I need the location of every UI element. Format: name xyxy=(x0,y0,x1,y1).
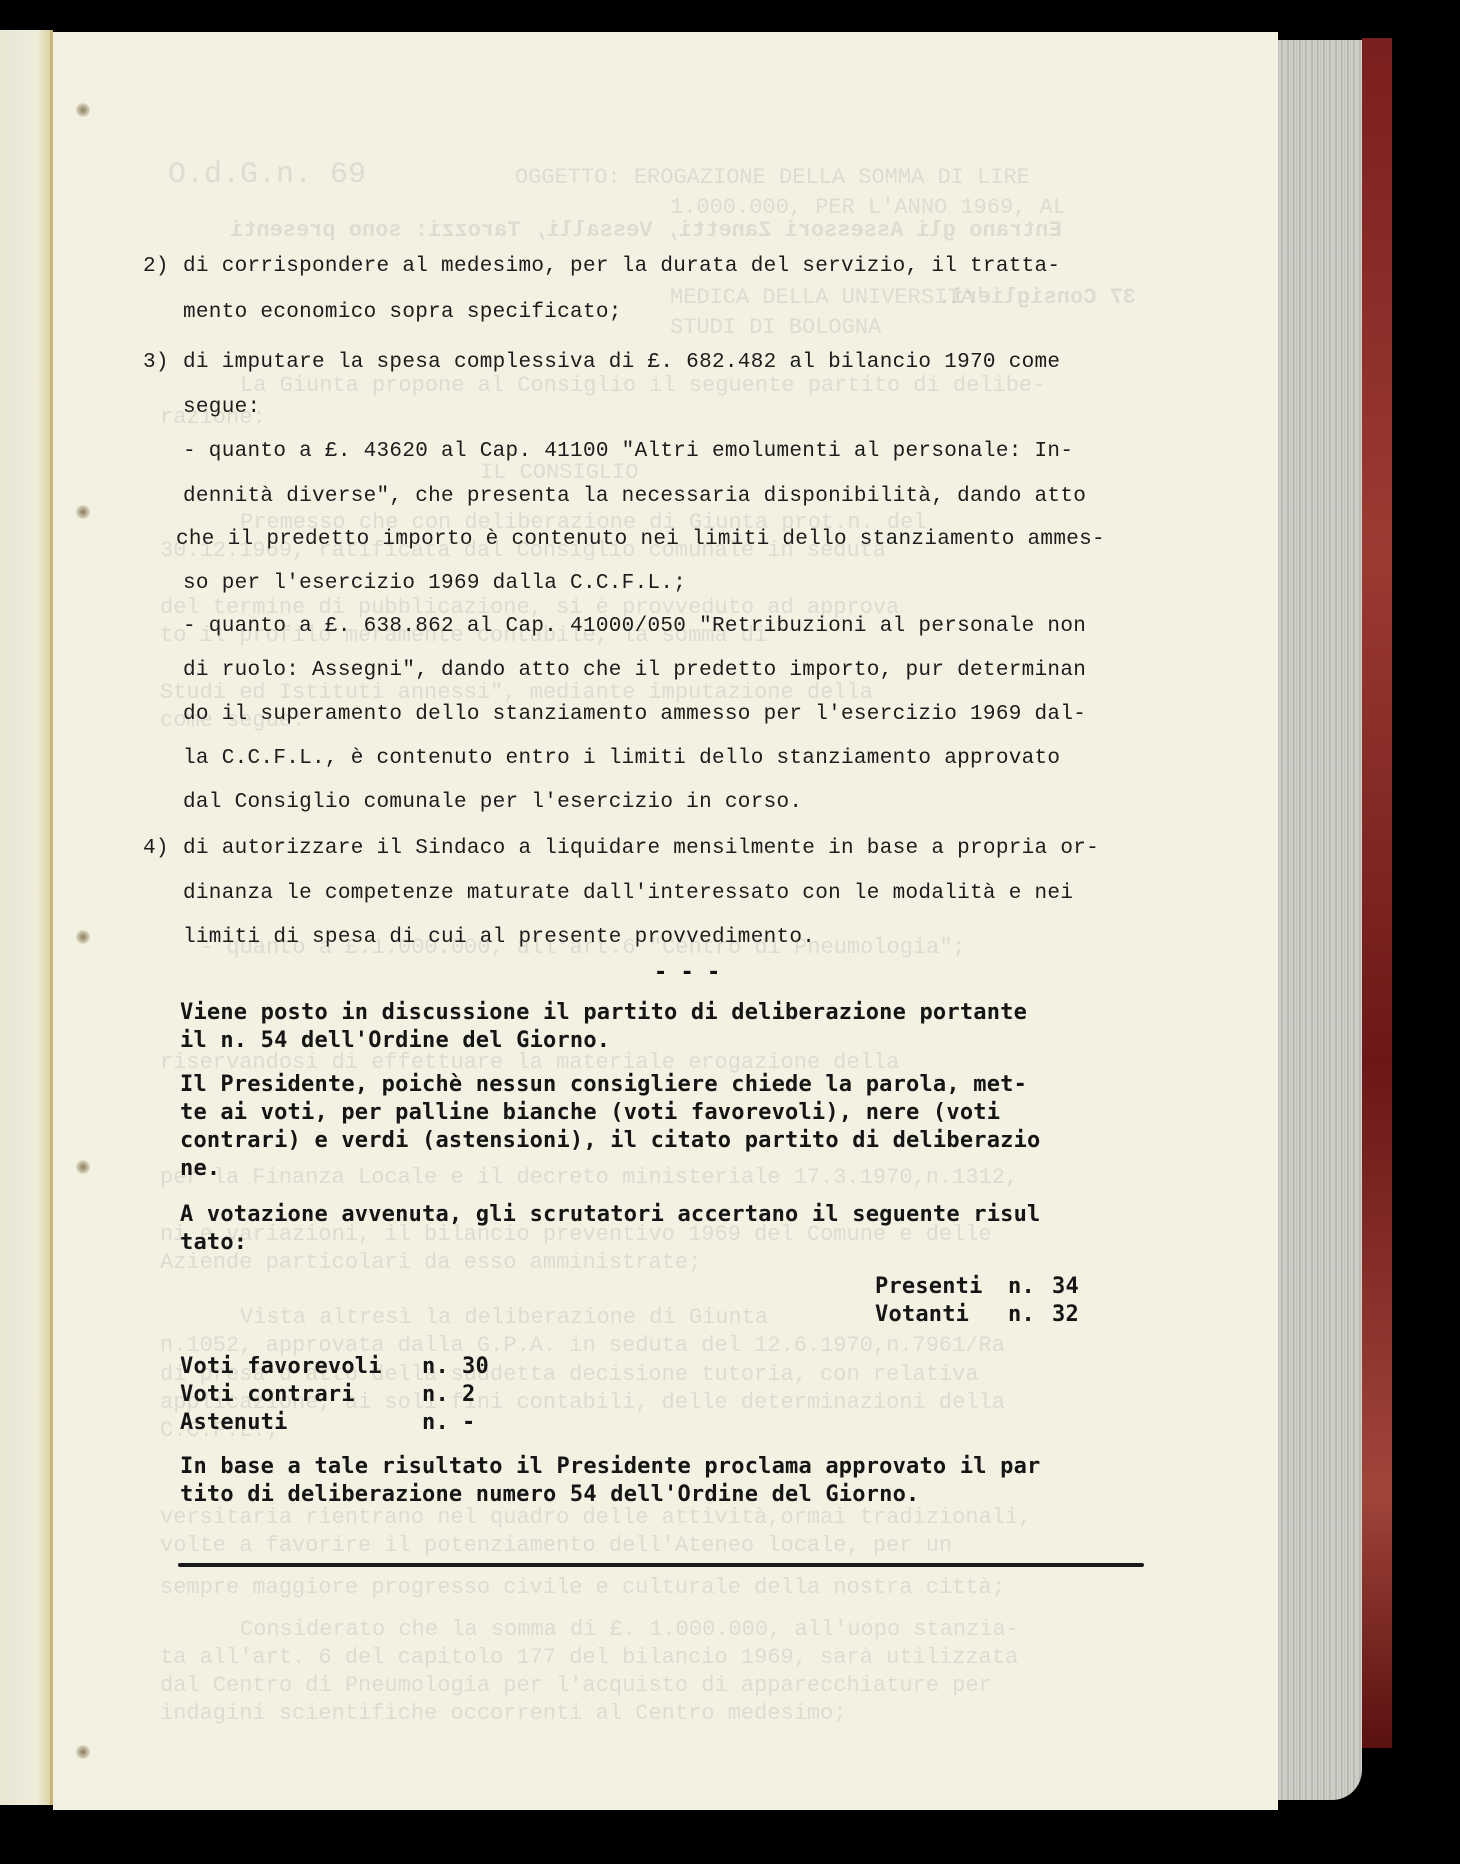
closing-rule xyxy=(178,1563,1144,1567)
ghost-header-left: O.d.G.n. 69 xyxy=(168,158,366,192)
ghost-line: sempre maggiore progresso civile e cultu… xyxy=(160,1575,1005,1600)
presence-value: 32 xyxy=(1052,1302,1079,1327)
item-line: dal Consiglio comunale per l'esercizio i… xyxy=(183,791,802,814)
president-line: Il Presidente, poichè nessun consigliere… xyxy=(180,1072,1027,1097)
ghost-header-right: STUDI DI BOLOGNA xyxy=(670,315,881,340)
result-value: - xyxy=(462,1410,475,1435)
item-line: dennità diverse", che presenta la necess… xyxy=(183,485,1086,508)
item-line: - quanto a £. 638.862 al Cap. 41000/050 … xyxy=(183,615,1086,638)
item-line: so per l'esercizio 1969 dalla C.C.F.L.; xyxy=(183,572,686,595)
result-label: Astenuti xyxy=(180,1410,288,1435)
item-line: do il superamento dello stanziamento amm… xyxy=(183,703,1086,726)
binding-hole xyxy=(75,1745,91,1759)
ghost-line: volte a favorire il potenziamento dell'A… xyxy=(160,1533,952,1558)
president-line: te ai voti, per palline bianche (voti fa… xyxy=(180,1100,1000,1125)
ghost-header-right: OGGETTO: EROGAZIONE DELLA SOMMA DI LIRE xyxy=(515,165,1030,190)
item-line: mento economico sopra specificato; xyxy=(183,301,622,324)
binding-hole xyxy=(75,930,91,944)
ghost-line: per la Finanza Locale e il decreto minis… xyxy=(160,1165,1018,1190)
binding-hole xyxy=(75,1160,91,1174)
presence-abbr: n. xyxy=(1008,1274,1035,1299)
discussion-line: il n. 54 dell'Ordine del Giorno. xyxy=(180,1028,610,1053)
item-line: di imputare la spesa complessiva di £. 6… xyxy=(183,351,1060,374)
ghost-line: Studi ed Istituti annessi", mediante imp… xyxy=(160,680,873,705)
ghost-header-right: 1.000.000, PER L'ANNO 1969, AL xyxy=(670,195,1066,220)
marbled-book-cover xyxy=(1362,38,1392,1748)
ghost-line: IL CONSIGLIO xyxy=(480,460,638,485)
ghost-line: dal Centro di Pneumologia per l'acquisto… xyxy=(160,1673,992,1698)
discussion-line: Viene posto in discussione il partito di… xyxy=(180,1000,1027,1025)
ghost-line: Vista altresì la deliberazione di Giunta xyxy=(240,1305,768,1330)
ghost-line: versitaria rientrano nel quadro delle at… xyxy=(160,1505,1031,1530)
item-line: che il predetto importo è contenuto nei … xyxy=(176,528,1105,551)
item-number: 4) xyxy=(143,837,169,860)
vote-intro-line: A votazione avvenuta, gli scrutatori acc… xyxy=(180,1202,1041,1227)
president-line: contrari) e verdi (astensioni), il citat… xyxy=(180,1128,1041,1153)
section-separator: - - - xyxy=(654,960,720,985)
result-abbr: n. xyxy=(422,1354,449,1379)
item-line: di ruolo: Assegni", dando atto che il pr… xyxy=(183,659,1086,682)
conclusion-line: tito di deliberazione numero 54 dell'Ord… xyxy=(180,1482,919,1507)
result-label: Voti favorevoli xyxy=(180,1354,382,1379)
presence-label: Votanti xyxy=(875,1302,969,1327)
conclusion-line: In base a tale risultato il Presidente p… xyxy=(180,1454,1041,1479)
result-abbr: n. xyxy=(422,1382,449,1407)
presence-value: 34 xyxy=(1052,1274,1079,1299)
presence-abbr: n. xyxy=(1008,1302,1035,1327)
binding-hole xyxy=(75,103,91,117)
presence-label: Presenti xyxy=(875,1274,983,1299)
ghost-mirrored: Entrano gli Assessori Zanetti, Vessalli,… xyxy=(230,218,1062,243)
item-line: limiti di spesa di cui al presente provv… xyxy=(183,926,815,949)
binding-hole xyxy=(75,505,91,519)
ghost-line: Considerato che la somma di £. 1.000.000… xyxy=(240,1617,1019,1642)
result-value: 2 xyxy=(462,1382,475,1407)
item-line: - quanto a £. 43620 al Cap. 41100 "Altri… xyxy=(183,440,1073,463)
item-line: di autorizzare il Sindaco a liquidare me… xyxy=(183,837,1099,860)
result-value: 30 xyxy=(462,1354,489,1379)
president-line: ne. xyxy=(180,1156,220,1181)
item-line: segue: xyxy=(183,396,260,419)
ghost-mirrored: 37 Consiglieri. xyxy=(938,285,1136,310)
ghost-line: indagini scientifiche occorrenti al Cent… xyxy=(160,1701,847,1726)
ghost-line: La Giunta propone al Consiglio il seguen… xyxy=(240,373,1045,398)
item-line: la C.C.F.L., è contenuto entro i limiti … xyxy=(183,747,1060,770)
result-abbr: n. xyxy=(422,1410,449,1435)
item-line: dinanza le competenze maturate dall'inte… xyxy=(183,882,1073,905)
item-line: di corrispondere al medesimo, per la dur… xyxy=(183,255,1060,278)
vote-intro-line: tato: xyxy=(180,1230,247,1255)
item-number: 3) xyxy=(143,351,169,374)
page-stack-edges xyxy=(1278,40,1362,1800)
left-page-edge xyxy=(0,30,52,1805)
ghost-line: ta all'art. 6 del capitolo 177 del bilan… xyxy=(160,1645,1018,1670)
item-number: 2) xyxy=(143,255,169,278)
result-label: Voti contrari xyxy=(180,1382,355,1407)
